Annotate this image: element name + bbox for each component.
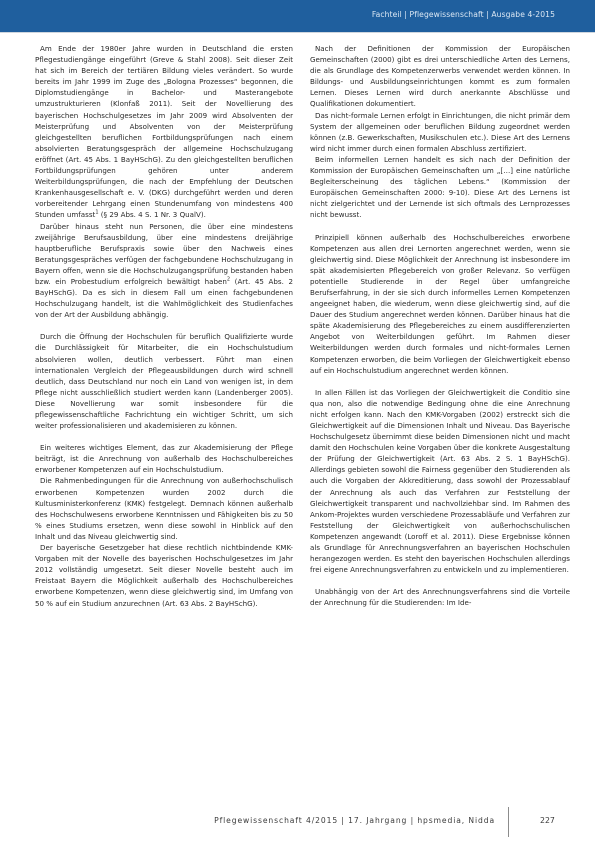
left-column: Am Ende der 1980er Jahre wurden in Deuts… xyxy=(35,43,293,609)
paragraph: Prinzipiell können außerhalb des Hochsch… xyxy=(310,232,570,376)
paragraph: Das nicht-formale Lernen erfolgt in Einr… xyxy=(310,110,570,154)
page-number: 227 xyxy=(540,816,555,825)
footer-citation: Pflegewissenschaft 4/2015 | 17. Jahrgang… xyxy=(214,816,495,825)
page-footer: Pflegewissenschaft 4/2015 | 17. Jahrgang… xyxy=(0,813,595,833)
paragraph: Ein weiteres wichtiges Element, das zur … xyxy=(35,442,293,475)
paragraph: Unabhängig von der Art des Anrechnungsve… xyxy=(310,586,570,608)
paragraph-text: (§ 29 Abs. 4 S. 1 Nr. 3 QualV). xyxy=(99,210,206,219)
paragraph: Durch die Öffnung der Hochschulen für be… xyxy=(35,331,293,431)
paragraph: Nach der Definitionen der Kommission der… xyxy=(310,43,570,110)
right-column: Nach der Definitionen der Kommission der… xyxy=(310,43,570,609)
paragraph: Darüber hinaus steht nun Personen, die ü… xyxy=(35,221,293,321)
paragraph: Beim informellen Lernen handelt es sich … xyxy=(310,154,570,221)
paragraph: In allen Fällen ist das Vorliegen der Gl… xyxy=(310,387,570,576)
paragraph: Die Rahmenbedingungen für die Anrechnung… xyxy=(35,475,293,542)
paragraph: Am Ende der 1980er Jahre wurden in Deuts… xyxy=(35,43,293,221)
footer-divider xyxy=(508,807,509,837)
paragraph-text: Am Ende der 1980er Jahre wurden in Deuts… xyxy=(35,44,293,219)
paragraph: Der bayerische Gesetzgeber hat diese rec… xyxy=(35,542,293,609)
running-title: Fachteil | Pflegewissenschaft | Ausgabe … xyxy=(372,10,555,19)
running-header: Fachteil | Pflegewissenschaft | Ausgabe … xyxy=(0,0,595,33)
